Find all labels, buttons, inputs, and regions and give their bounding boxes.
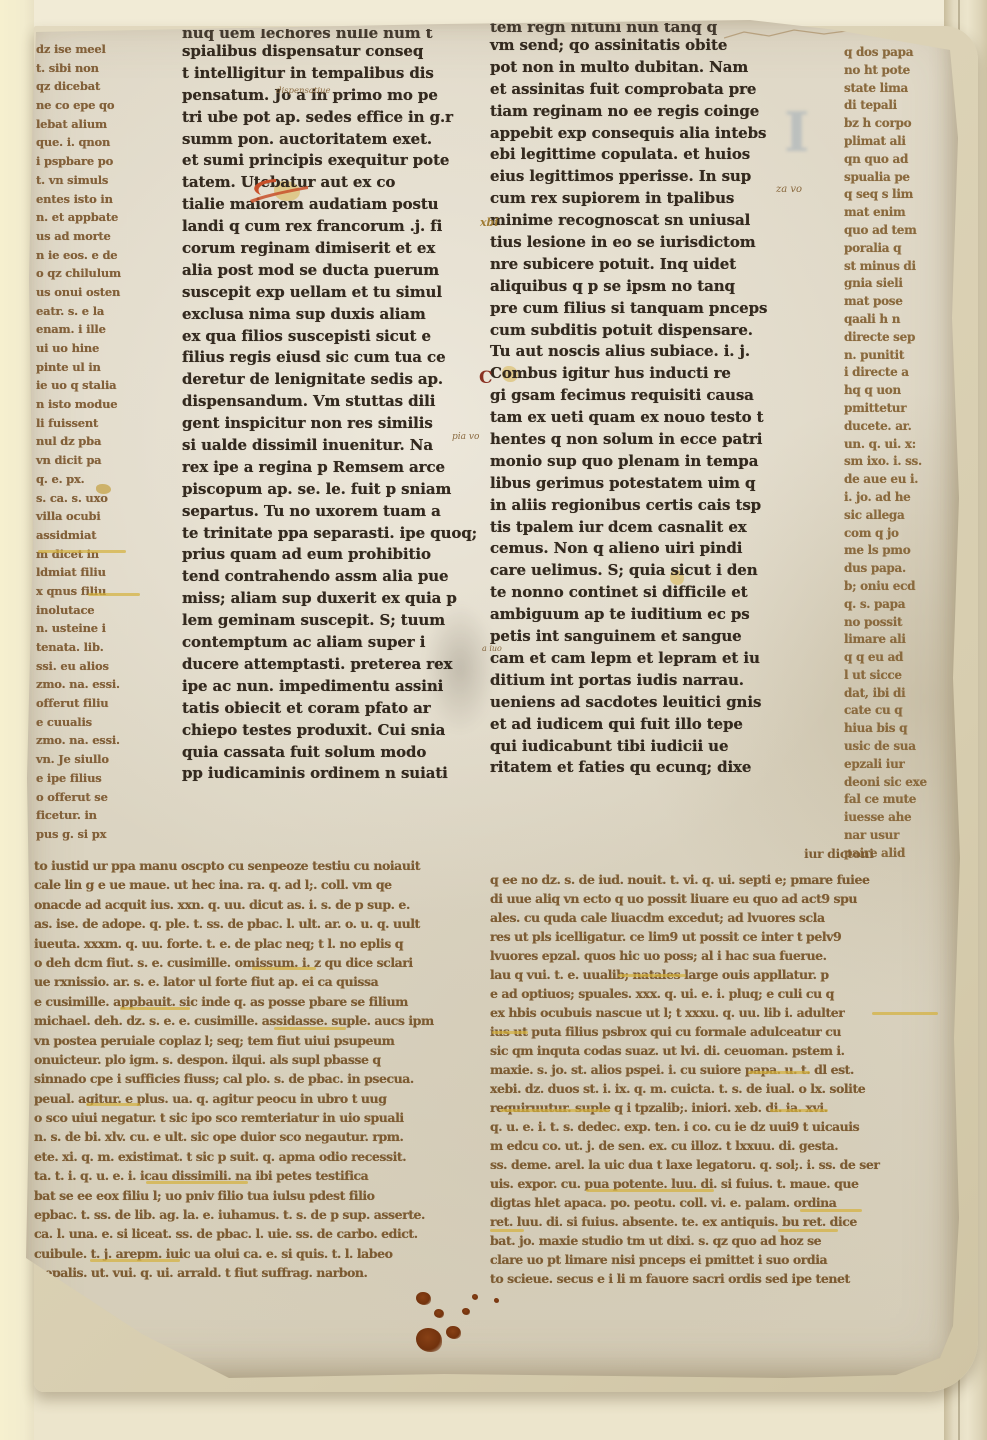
- gloss-line: pmittetur: [844, 400, 946, 418]
- gloss-line: t. sibi non: [36, 59, 142, 78]
- gloss-line: hiua bis q: [844, 720, 946, 738]
- text-line: cam et cam lepm et lepram et iu: [490, 648, 810, 670]
- text-line: spialibus dispensatur conseq: [182, 41, 486, 63]
- gloss-line: ue rxnissio. ar. s. e. lator ul forte fi…: [34, 972, 488, 991]
- text-line: piscopum ap. se. le. fuit p sniam: [182, 479, 486, 501]
- text-line: Combus igitur hus inducti re: [490, 363, 810, 385]
- text-line: tius lesione in eo se iurisdictom: [490, 232, 810, 254]
- gloss-line: poralia q: [844, 240, 946, 258]
- rust-stain: [462, 1308, 470, 1315]
- text-line: ditium int portas iudis narrau.: [490, 670, 810, 692]
- gloss-line: iuesse ahe: [844, 809, 946, 827]
- text-line: tiam reginam no ee regis coinge: [490, 101, 810, 123]
- text-line: exclusa nima sup duxis aliam: [182, 304, 486, 326]
- gloss-line: o sco uiui negatur. t sic ipo sco remter…: [34, 1108, 488, 1127]
- text-line: libus gerimus potestatem uim q: [490, 473, 810, 495]
- gloss-line: fal ce mute: [844, 791, 946, 809]
- gloss-line: ne co epe qo: [36, 96, 142, 115]
- text-line: landi q cum rex francorum .j. fi: [182, 216, 486, 238]
- gloss-line: requiruutur. suple q i tpzalib;. iniori.…: [490, 1098, 946, 1117]
- gloss-line: n. et appbate: [36, 208, 142, 227]
- highlight-underline: [586, 1189, 714, 1192]
- manuscript-leaf: I dz ise meelt. sibi nonqz dicebatne co …: [24, 18, 962, 1380]
- bottom-right-gloss-block: q ee no dz. s. de iud. nouit. t. vi. q. …: [490, 870, 946, 1288]
- highlight-underline: [490, 1229, 524, 1232]
- text-line: ueniens ad sacdotes leuitici gnis: [490, 692, 810, 714]
- text-line: te trinitate ppa separasti. ipe quoq;: [182, 523, 486, 545]
- gloss-line: li fuissent: [36, 414, 142, 433]
- text-line: ambiguum ap te iuditium ec ps: [490, 604, 810, 626]
- gloss-line: e ipe filius: [36, 769, 142, 788]
- gloss-line: b; oniu ecd: [844, 578, 946, 596]
- margin-annotation: za vo: [776, 184, 802, 195]
- gloss-line: no possit: [844, 614, 946, 632]
- gloss-line: qaali h n: [844, 311, 946, 329]
- gloss-line: qn quo ad: [844, 151, 946, 169]
- gloss-catchword: iur dictoni: [804, 846, 873, 861]
- gloss-line: inolutace: [36, 601, 142, 620]
- gloss-line: no ht pote: [844, 62, 946, 80]
- gloss-line: xebi. dz. duos st. i. ix. q. m. cuicta. …: [490, 1079, 946, 1098]
- gloss-line: q dos papa: [844, 44, 946, 62]
- gloss-line: sm ixo. i. ss.: [844, 453, 946, 471]
- gloss-line: e cusimille. appbauit. sic inde q. as po…: [34, 992, 488, 1011]
- gloss-line: lau q vui. t. e. uualib; natales large o…: [490, 965, 946, 984]
- gloss-line: q. e. px.: [36, 470, 142, 489]
- gloss-line: cate cu q: [844, 702, 946, 720]
- gloss-line: m edcu co. ut. j. de sen. ex. cu illoz. …: [490, 1136, 946, 1155]
- gloss-line: lvuores epzal. quos hic uo poss; al i ha…: [490, 946, 946, 965]
- highlight-underline: [274, 1027, 346, 1030]
- gloss-line: ie uo q stalia: [36, 376, 142, 395]
- gloss-line: michael. deh. dz. s. e. e. cusimille. as…: [34, 1011, 488, 1030]
- text-line: ex qua filios suscepisti sicut e: [182, 326, 486, 348]
- gloss-line: epzali iur: [844, 756, 946, 774]
- gloss-line: as. ise. de adope. q. ple. t. ss. de pba…: [34, 914, 488, 933]
- highlight-underline: [778, 1229, 838, 1232]
- text-line: filius regis eiusd sic cum tua ce: [182, 347, 486, 369]
- text-line: appebit exp consequis alia intebs: [490, 123, 810, 145]
- highlight-underline: [492, 1031, 528, 1034]
- gloss-line: ssi. eu alios: [36, 657, 142, 676]
- margin-annotation: pia vo: [452, 432, 479, 442]
- gloss-line: sinnado cpe i sufficies fiuss; cal plo. …: [34, 1069, 488, 1088]
- text-line: cum subditis potuit dispensare.: [490, 320, 810, 342]
- gloss-line: limare ali: [844, 631, 946, 649]
- gloss-line: n. punitit: [844, 347, 946, 365]
- text-line: pp iudicaminis ordinem n suiati: [182, 763, 486, 785]
- highlight-underline: [618, 974, 686, 977]
- gloss-line: deoni sic exe: [844, 774, 946, 792]
- highlight-underline: [90, 1259, 180, 1262]
- gloss-line: q. u. e. i. t. s. dedec. exp. ten. i co.…: [490, 1117, 946, 1136]
- text-line: nuq uem lechores nulle num t: [182, 29, 486, 41]
- gloss-line: de aue eu i.: [844, 471, 946, 489]
- gloss-line: pinte ul in: [36, 358, 142, 377]
- gloss-line: q seq s lim: [844, 186, 946, 204]
- gloss-line: villa ocubi: [36, 507, 142, 526]
- gloss-line: sic qm inquta codas suaz. ut lvi. di. ce…: [490, 1041, 946, 1060]
- gloss-line: l ut sicce: [844, 667, 946, 685]
- gloss-line: ete. xi. q. m. existimat. t sic p suit. …: [34, 1147, 488, 1166]
- gloss-line: nul dz pba: [36, 432, 142, 451]
- gloss-line: plimat ali: [844, 133, 946, 151]
- bottom-left-gloss-block: to iustid ur ppa manu oscpto cu senpeoze…: [34, 856, 488, 1283]
- gloss-line: onacde ad acquit ius. xxn. q. uu. dicut …: [34, 895, 488, 914]
- rust-stain: [472, 1294, 478, 1300]
- gloss-line: usic de sua: [844, 738, 946, 756]
- text-line: cemus. Non q alieno uiri pindi: [490, 538, 810, 560]
- text-line: petis int sanguinem et sangue: [490, 626, 810, 648]
- text-line: tri ube pot ap. sedes effice in g.r: [182, 107, 486, 129]
- text-line: ebi legittime copulata. et huios: [490, 144, 810, 166]
- text-line: gi gsam fecimus requisiti causa: [490, 385, 810, 407]
- gloss-line: i directe a: [844, 364, 946, 382]
- gloss-line: dz ise meel: [36, 40, 142, 59]
- gloss-line: bat. jo. maxie studio tm ut dixi. s. qz …: [490, 1231, 946, 1250]
- red-paraph-mark: [246, 176, 310, 210]
- text-line: suscepit exp uellam et tu simul: [182, 282, 486, 304]
- gloss-line: que. i. qnon: [36, 133, 142, 152]
- text-line: minime recognoscat sn uniusal: [490, 210, 810, 232]
- gloss-line: lebat alium: [36, 115, 142, 134]
- text-line: nre subicere potuit. Inq uidet: [490, 254, 810, 276]
- gloss-line: ss. deme. arel. la uic dua t laxe legato…: [490, 1155, 946, 1174]
- main-text-column-right: tem regn nituni nun tanq qvm send; qo as…: [490, 23, 810, 779]
- rust-stain: [494, 1298, 499, 1303]
- gloss-line: eatr. s. e la: [36, 302, 142, 321]
- text-line: prius quam ad eum prohibitio: [182, 544, 486, 566]
- gloss-line: us ad morte: [36, 227, 142, 246]
- left-margin-gloss-column: dz ise meelt. sibi nonqz dicebatne co ep…: [36, 40, 142, 844]
- text-line: si ualde dissimil inuenitur. Na: [182, 435, 486, 457]
- gutter-sign: xbi: [480, 216, 498, 229]
- gloss-line: ta. t. i. q. u. e. i. icau dissimili. na…: [34, 1166, 488, 1185]
- gloss-line: clare uo pt limare nisi pnceps ei pmitte…: [490, 1250, 946, 1269]
- gloss-line: spualia pe: [844, 169, 946, 187]
- text-line: corum reginam dimiserit et ex: [182, 238, 486, 260]
- gloss-line: tenata. lib.: [36, 638, 142, 657]
- gloss-line: bat se ee eox filiu l; uo pniv filio tua…: [34, 1186, 488, 1205]
- gloss-line: zmo. na. essi.: [36, 731, 142, 750]
- gloss-line: vn. Je siullo: [36, 750, 142, 769]
- gloss-line: me ls pmo: [844, 542, 946, 560]
- gloss-line: q. s. papa: [844, 596, 946, 614]
- gloss-line: o qz chilulum: [36, 264, 142, 283]
- gloss-line: st minus di: [844, 258, 946, 276]
- highlight-underline: [252, 967, 316, 970]
- text-line: pensatum. Jo a in primo mo pe: [182, 85, 486, 107]
- gloss-line: ducete. ar.: [844, 418, 946, 436]
- text-line: tis tpalem iur dcem casnalit ex: [490, 517, 810, 539]
- gloss-line: o offerut se: [36, 788, 142, 807]
- gloss-line: zmo. na. essi.: [36, 675, 142, 694]
- text-line: dispensandum. Vm stuttas dili: [182, 391, 486, 413]
- text-line: te nonno continet si difficile et: [490, 582, 810, 604]
- gloss-line: t. vn simuls: [36, 171, 142, 190]
- text-line: et sumi principis exequitur pote: [182, 150, 486, 172]
- gloss-line: ius ut puta filius psbrox qui cu formale…: [490, 1022, 946, 1041]
- text-line: pot non in multo dubitan. Nam: [490, 57, 810, 79]
- text-line: gent inspicitur non res similis: [182, 413, 486, 435]
- gloss-line: to iustid ur ppa manu oscpto cu senpeoze…: [34, 856, 488, 875]
- rust-stain: [434, 1309, 444, 1318]
- text-line: care uelimus. S; quia sicut i den: [490, 560, 810, 582]
- text-line: et assinitas fuit comprobata pre: [490, 79, 810, 101]
- gloss-line: ficetur. in: [36, 806, 142, 825]
- text-line: tatem. Utebatur aut ex co: [182, 172, 486, 194]
- interlinear-note: dispensatiue: [276, 86, 331, 96]
- highlight-underline: [38, 550, 126, 553]
- gloss-line: mat enim: [844, 204, 946, 222]
- text-line: in aliis regionibus certis cais tsp: [490, 495, 810, 517]
- gloss-line: sic allega: [844, 507, 946, 525]
- highlight-underline: [120, 1007, 190, 1010]
- gloss-line: res ut pls icelligatur. ce lim9 ut possi…: [490, 927, 946, 946]
- gloss-line: q ee no dz. s. de iud. nouit. t. vi. q. …: [490, 870, 946, 889]
- gloss-line: i. jo. ad he: [844, 489, 946, 507]
- gloss-line: ca. l. una. e. si liceat. ss. de pbac. l…: [34, 1224, 488, 1243]
- gloss-line: e cuualis: [36, 713, 142, 732]
- right-margin-gloss-column: q dos papano ht potestate limadi tepalib…: [844, 44, 946, 863]
- gloss-line: n isto modue: [36, 395, 142, 414]
- gloss-line: assidmiat: [36, 526, 142, 545]
- gloss-line: x qnus filiu: [36, 582, 142, 601]
- ink-smudge-stain: [410, 578, 510, 758]
- gloss-line: mat pose: [844, 293, 946, 311]
- highlight-underline: [800, 1209, 862, 1212]
- red-paraph-mark: C: [479, 368, 493, 388]
- gloss-line: bz h corpo: [844, 115, 946, 133]
- gloss-line: ales. cu quda cale liuacdm excedut; ad l…: [490, 908, 946, 927]
- gloss-line: state lima: [844, 80, 946, 98]
- gloss-line: ui uo hine: [36, 339, 142, 358]
- gloss-line: ldmiat filiu: [36, 563, 142, 582]
- gloss-line: q q eu ad: [844, 649, 946, 667]
- text-line: Tu aut noscis alius subiace. i. j.: [490, 341, 810, 363]
- text-line: monio sup quo plenam in tempa: [490, 451, 810, 473]
- gloss-line: n. s. de bi. xlv. cu. e ult. sic ope dui…: [34, 1127, 488, 1146]
- text-line: pre cum filius si tanquam pnceps: [490, 298, 810, 320]
- text-line: tam ex ueti quam ex nouo testo t: [490, 407, 810, 429]
- gloss-line: to scieue. secus e i li m fauore sacri o…: [490, 1269, 946, 1288]
- gloss-line: offerut filiu: [36, 694, 142, 713]
- highlight-underline: [748, 1071, 810, 1074]
- gloss-line: entes isto in: [36, 190, 142, 209]
- text-line: aliquibus q p se ipsm no tanq: [490, 276, 810, 298]
- gloss-line: enam. i ille: [36, 320, 142, 339]
- text-line: tialie maiorem audatiam postu: [182, 194, 486, 216]
- rust-stain: [446, 1326, 461, 1339]
- gloss-line: iueuta. xxxm. q. uu. forte. t. e. de pla…: [34, 934, 488, 953]
- gloss-line: us onui osten: [36, 283, 142, 302]
- gloss-line: m dicet in: [36, 545, 142, 564]
- text-line: summ pon. auctoritatem exet.: [182, 129, 486, 151]
- text-line: eius legittimos pperisse. In sup: [490, 166, 810, 188]
- gloss-line: hq q uon: [844, 382, 946, 400]
- gloss-line: s. ca. s. uxo: [36, 489, 142, 508]
- gloss-line: n ie eos. e de: [36, 246, 142, 265]
- gloss-line: nar usur: [844, 827, 946, 845]
- gloss-line: cale lin g e ue maue. ut hec ina. ra. q.…: [34, 875, 488, 894]
- gloss-line: un. q. ui. x:: [844, 436, 946, 454]
- gloss-line: n. usteine i: [36, 619, 142, 638]
- highlight-underline: [770, 1109, 828, 1112]
- gloss-line: epbac. t. ss. de lib. ag. la. e. iuhamus…: [34, 1205, 488, 1224]
- text-line: alia post mod se ducta puerum: [182, 260, 486, 282]
- gloss-line: vn dicit pa: [36, 451, 142, 470]
- text-line: hentes q non solum in ecce patri: [490, 429, 810, 451]
- rust-stain: [416, 1328, 442, 1352]
- gloss-line: e ad optiuos; spuales. xxx. q. ui. e. i.…: [490, 984, 946, 1003]
- gloss-line: pus g. si px: [36, 825, 142, 844]
- highlight-underline: [500, 1109, 610, 1112]
- gloss-line: i pspbare po: [36, 152, 142, 171]
- gloss-line: quo ad tem: [844, 222, 946, 240]
- gloss-line: di tepali: [844, 97, 946, 115]
- highlight-underline: [88, 593, 140, 596]
- gloss-line: uis. expor. cu. pua potente. luu. di. si…: [490, 1174, 946, 1193]
- gloss-line: gnia sieli: [844, 275, 946, 293]
- rust-stain: [416, 1292, 431, 1305]
- gloss-line: com q jo: [844, 525, 946, 543]
- highlight-underline: [146, 1181, 248, 1184]
- text-line: ritatem et faties qu ecunq; dixe: [490, 757, 810, 779]
- gloss-line: directe sep: [844, 329, 946, 347]
- gloss-line: onuicteur. plo igm. s. despon. ilqui. al…: [34, 1050, 488, 1069]
- text-line: cum rex supiorem in tpalibus: [490, 188, 810, 210]
- gloss-line: di uue aliq vn ecto q uo possit liuare e…: [490, 889, 946, 908]
- gloss-line: ret. luu. di. si fuius. absente. te. ex …: [490, 1212, 946, 1231]
- text-line: et ad iudicem qui fuit illo tepe: [490, 714, 810, 736]
- gloss-line: dat, ibi di: [844, 685, 946, 703]
- gloss-line: maxie. s. jo. st. alios pspei. i. cu sui…: [490, 1060, 946, 1079]
- text-line: qui iudicabunt tibi iudicii ue: [490, 736, 810, 758]
- text-line: deretur de lenignitate sedis ap.: [182, 369, 486, 391]
- gloss-line: s epalis. ut. vui. q. ui. arrald. t fiut…: [34, 1263, 488, 1282]
- text-line: rex ipe a regina p Remsem arce: [182, 457, 486, 479]
- gloss-line: qz dicebat: [36, 77, 142, 96]
- text-line: t intelligitur in tempalibus dis: [182, 63, 486, 85]
- highlight-underline: [872, 1012, 938, 1015]
- gloss-line: vn postea peruiale coplaz l; seq; tem fi…: [34, 1031, 488, 1050]
- gloss-line: dus papa.: [844, 560, 946, 578]
- gloss-line: digtas hlet apaca. po. peotu. coll. vi. …: [490, 1193, 946, 1212]
- highlight-underline: [86, 1103, 140, 1106]
- text-line: separtus. Tu no uxorem tuam a: [182, 501, 486, 523]
